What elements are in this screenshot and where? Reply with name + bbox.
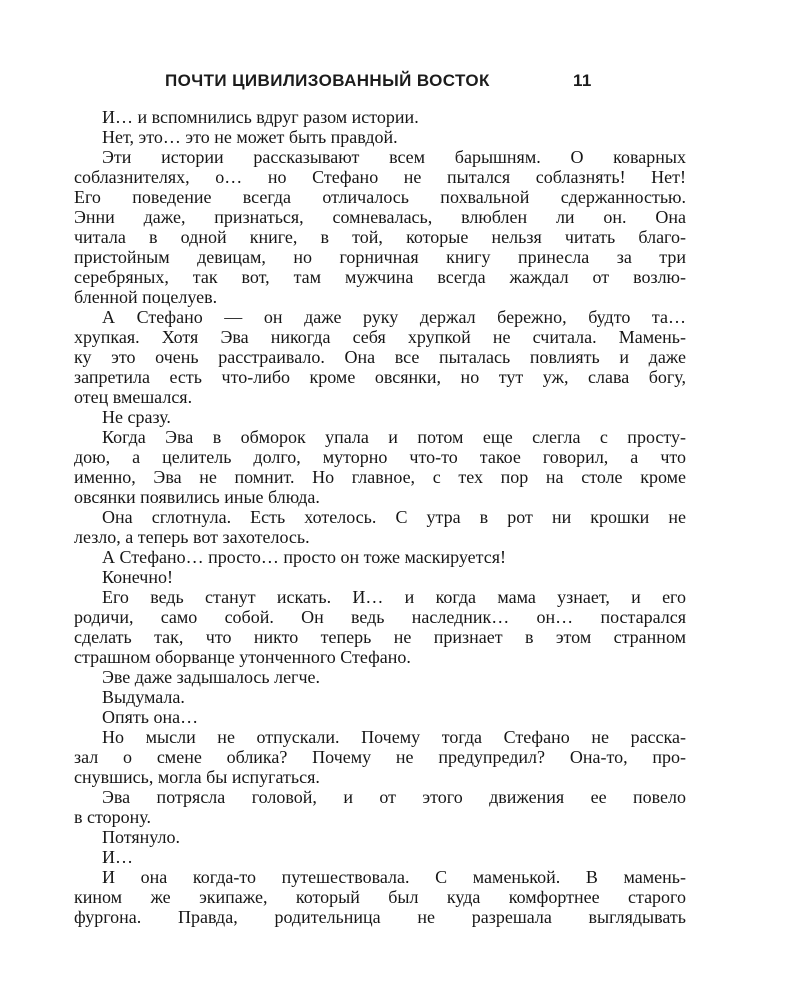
text-line: Его ведь станут искать. И… и когда мама … (74, 587, 686, 607)
text-line: хрупкая. Хотя Эва никогда себя хрупкой н… (74, 327, 686, 347)
text-line: овсянки появились иные блюда. (74, 487, 686, 507)
text-line: И… (74, 847, 686, 867)
text-line: И… и вспомнились вдруг разом истории. (74, 107, 686, 127)
paragraph: А Стефано — он даже руку держал бережно,… (74, 307, 686, 407)
paragraph: И… (74, 847, 686, 867)
paragraph: Когда Эва в обморок упала и потом еще сл… (74, 427, 686, 507)
text-line: сделать так, что никто теперь не признае… (74, 627, 686, 647)
text-line: ку это очень расстраивало. Она все пытал… (74, 347, 686, 367)
book-page: ПОЧТИ ЦИВИЛИЗОВАННЫЙ ВОСТОК 11 И… и вспо… (0, 0, 800, 1000)
text-line: серебряных, так вот, там мужчина всегда … (74, 267, 686, 287)
paragraph: Но мысли не отпускали. Почему тогда Стеф… (74, 727, 686, 787)
text-line: дою, а целитель долго, муторно что-то та… (74, 447, 686, 467)
text-line: кином же экипаже, который был куда комфо… (74, 887, 686, 907)
text-line: снувшись, могла бы испугаться. (74, 767, 686, 787)
running-title: ПОЧТИ ЦИВИЛИЗОВАННЫЙ ВОСТОК (165, 71, 490, 91)
paragraph: Эти истории рассказывают всем барышням. … (74, 147, 686, 307)
text-line: Опять она… (74, 707, 686, 727)
text-line: Эва потрясла головой, и от этого движени… (74, 787, 686, 807)
text-line: отец вмешался. (74, 387, 686, 407)
paragraph: Его ведь станут искать. И… и когда мама … (74, 587, 686, 667)
text-line: Конечно! (74, 567, 686, 587)
paragraph: И… и вспомнились вдруг разом истории. (74, 107, 686, 127)
text-line: пристойным девицам, но горничная книгу п… (74, 247, 686, 267)
text-line: А Стефано… просто… просто он тоже маскир… (74, 547, 686, 567)
paragraph: И она когда-то путешествовала. С маменьк… (74, 867, 686, 927)
text-line: в сторону. (74, 807, 686, 827)
text-line: запретила есть что-либо кроме овсянки, н… (74, 367, 686, 387)
paragraph: Опять она… (74, 707, 686, 727)
text-line: Энни даже, признаться, сомневалась, влюб… (74, 207, 686, 227)
text-line: родичи, само собой. Он ведь наследник… о… (74, 607, 686, 627)
paragraph: Она сглотнула. Есть хотелось. С утра в р… (74, 507, 686, 547)
text-line: соблазнителях, о… но Стефано не пытался … (74, 167, 686, 187)
paragraph: Эве даже задышалось легче. (74, 667, 686, 687)
text-line: Выдумала. (74, 687, 686, 707)
text-line: Не сразу. (74, 407, 686, 427)
paragraph: Выдумала. (74, 687, 686, 707)
text-line: Когда Эва в обморок упала и потом еще сл… (74, 427, 686, 447)
paragraph: Потянуло. (74, 827, 686, 847)
text-line: страшном оборванце утонченного Стефано. (74, 647, 686, 667)
text-line: бленной поцелуев. (74, 287, 686, 307)
paragraph: А Стефано… просто… просто он тоже маскир… (74, 547, 686, 567)
text-line: именно, Эва не помнит. Но главное, с тех… (74, 467, 686, 487)
text-line: Нет, это… это не может быть правдой. (74, 127, 686, 147)
text-line: Но мысли не отпускали. Почему тогда Стеф… (74, 727, 686, 747)
text-line: Эти истории рассказывают всем барышням. … (74, 147, 686, 167)
text-line: Эве даже задышалось легче. (74, 667, 686, 687)
paragraph: Нет, это… это не может быть правдой. (74, 127, 686, 147)
text-line: А Стефано — он даже руку держал бережно,… (74, 307, 686, 327)
page-header: ПОЧТИ ЦИВИЛИЗОВАННЫЙ ВОСТОК 11 (0, 71, 800, 93)
text-line: И она когда-то путешествовала. С маменьк… (74, 867, 686, 887)
text-line: читала в одной книге, в той, которые нел… (74, 227, 686, 247)
text-line: Она сглотнула. Есть хотелось. С утра в р… (74, 507, 686, 527)
text-line: фургона. Правда, родительница не разреша… (74, 907, 686, 927)
paragraph: Конечно! (74, 567, 686, 587)
page-number: 11 (573, 71, 592, 91)
paragraph: Не сразу. (74, 407, 686, 427)
body-text: И… и вспомнились вдруг разом истории.Нет… (74, 107, 686, 927)
text-line: Потянуло. (74, 827, 686, 847)
paragraph: Эва потрясла головой, и от этого движени… (74, 787, 686, 827)
text-line: Его поведение всегда отличалось похвальн… (74, 187, 686, 207)
text-line: зал о смене облика? Почему не предупреди… (74, 747, 686, 767)
text-line: лезло, а теперь вот захотелось. (74, 527, 686, 547)
